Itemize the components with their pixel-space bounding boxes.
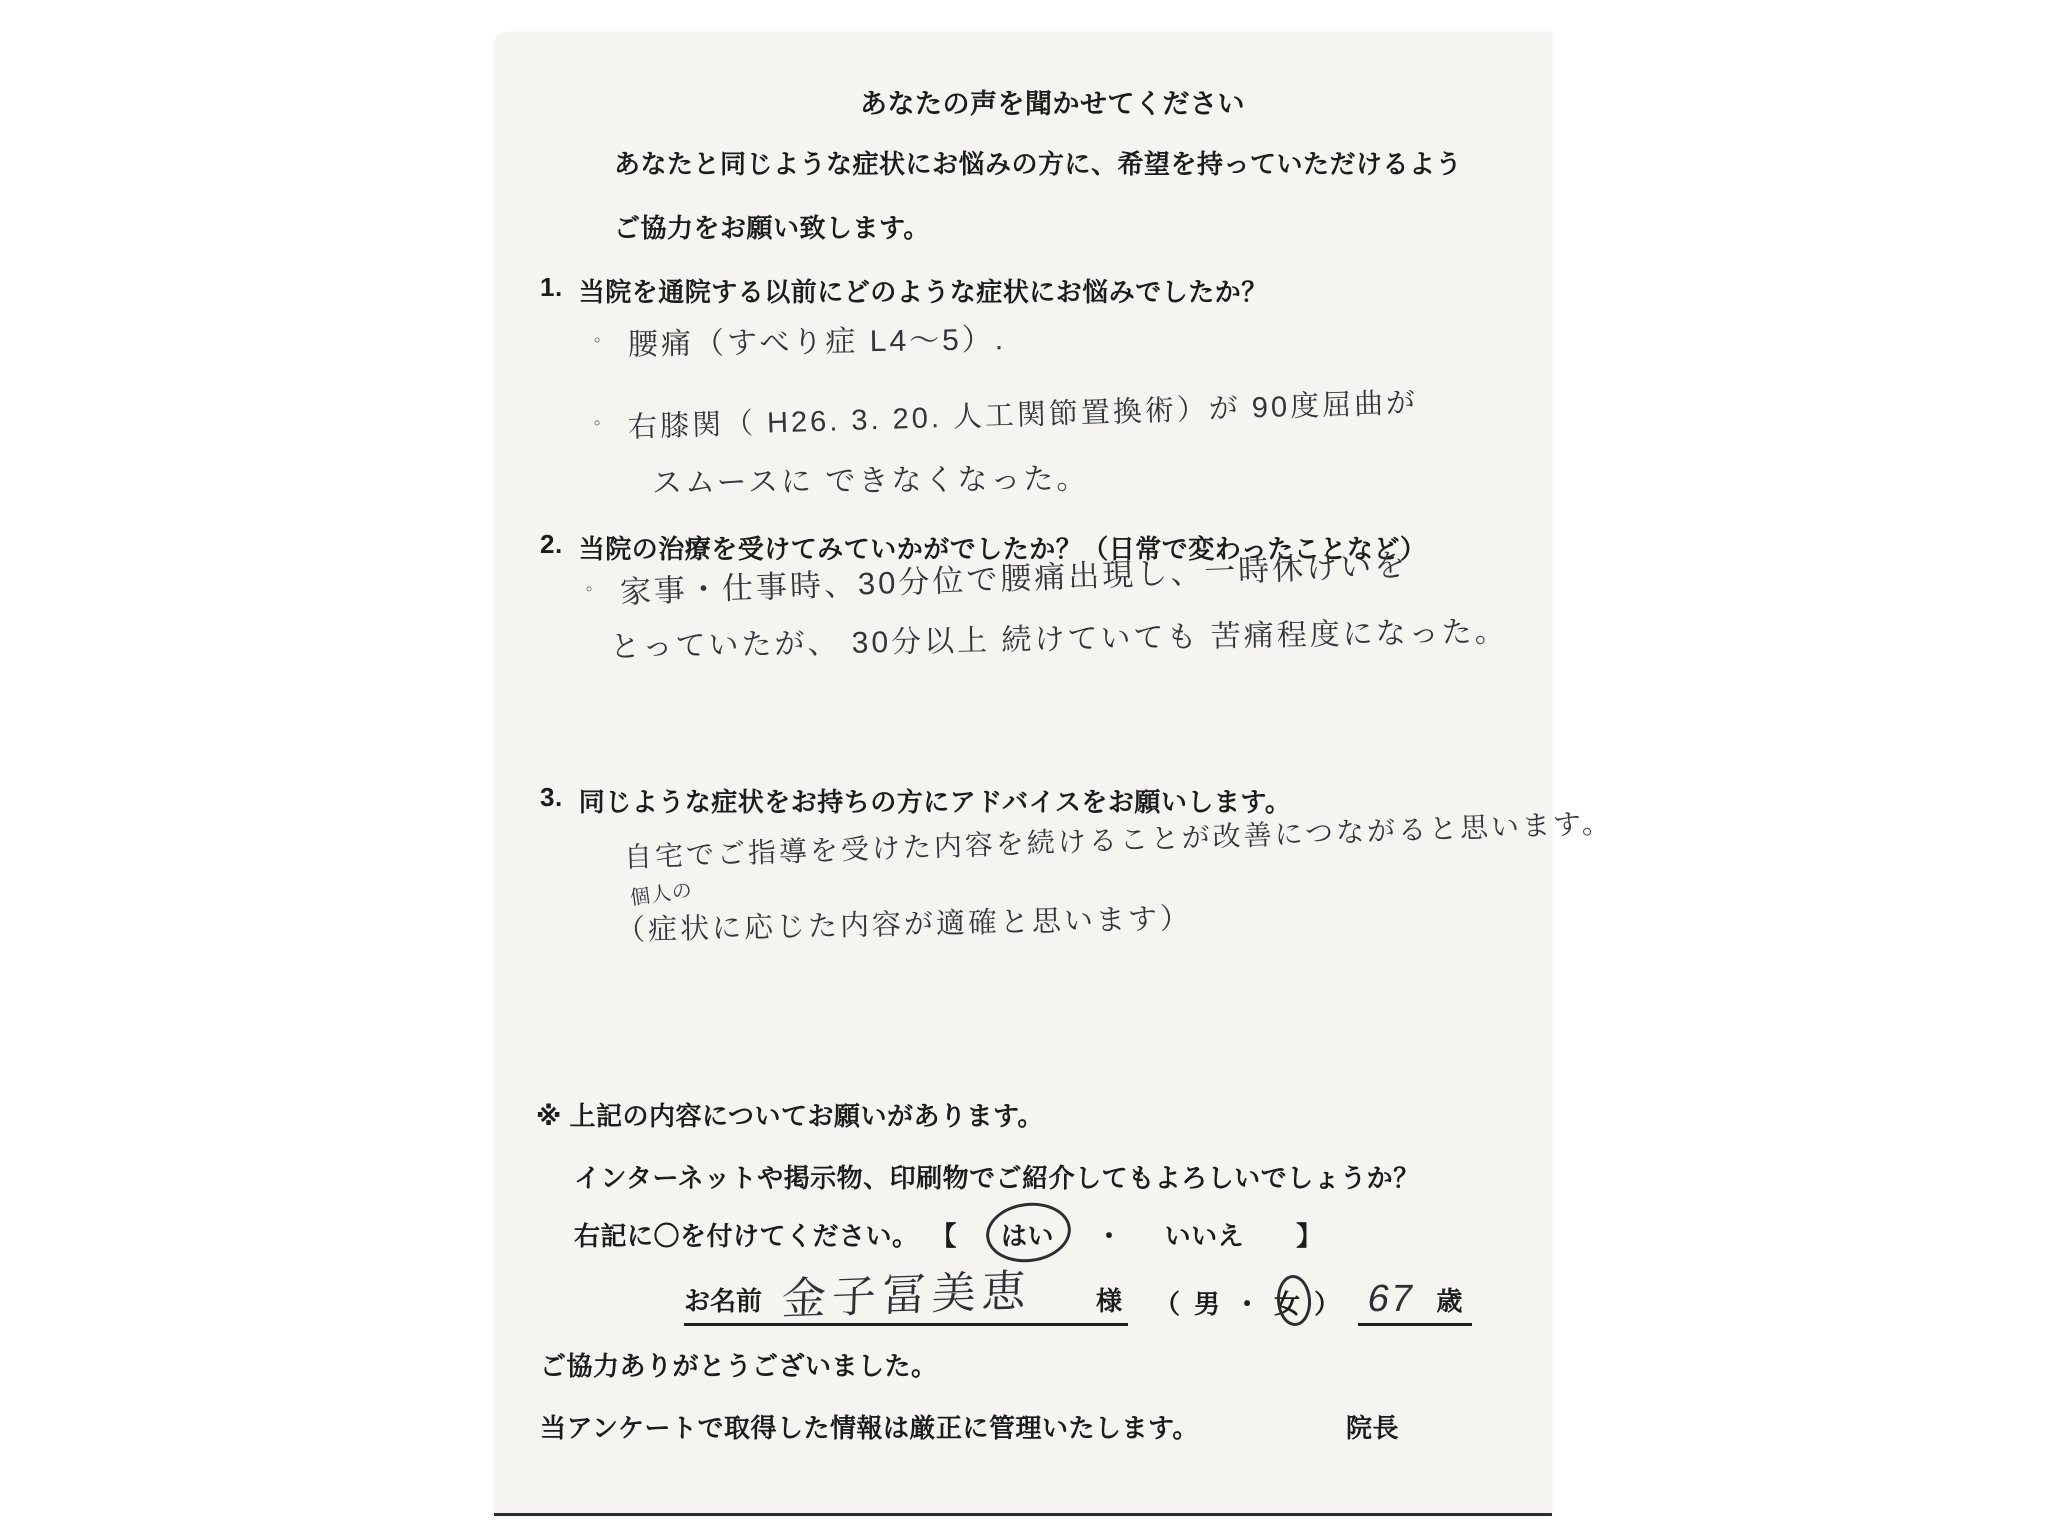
bracket-open: 【 [931, 1216, 958, 1253]
intro-line-1: あなたと同じような症状にお悩みの方に、希望を持っていただけるよう [614, 144, 1462, 181]
question-1-label: 当院を通院する以前にどのような症状にお悩みでしたか？ [579, 272, 1268, 309]
thanks-line: ご協力ありがとうございました。 [540, 1346, 938, 1383]
bullet-mark: 。 [594, 326, 614, 345]
gender-option-male: 男 [1194, 1284, 1220, 1321]
q1-answer-2-line-1: 。右膝関（ H26. 3. 20. 人工関節置換術）が 90度屈曲が [593, 378, 1418, 447]
paren-close: ） [1314, 1284, 1340, 1321]
consent-option-no: いいえ [1165, 1216, 1245, 1253]
q1-answer-1: 。腰痛（すべり症 L4～5）. [594, 314, 1007, 364]
consent-separator: ・ [1096, 1216, 1123, 1253]
gender-options: （ 男 ・ 女 ） [1154, 1284, 1340, 1326]
q2-answer-line-2: とっていたが、 30分以上 続けていても 苦痛程度になった。 [610, 606, 1508, 666]
q3-answer-line-2: （症状に応じた内容が適確と思います） [616, 896, 1193, 949]
question-2-number: 2. [540, 529, 563, 566]
age-field: 67 歳 [1358, 1278, 1472, 1326]
question-3-number: 3. [540, 782, 563, 819]
name-label: お名前 [684, 1281, 762, 1318]
honorific-label: 様 [1096, 1281, 1122, 1318]
scanned-survey-page: あなたの声を聞かせてください あなたと同じような症状にお悩みの方に、希望を持って… [0, 0, 2048, 1536]
question-1-number: 1. [540, 272, 563, 309]
paren-open: （ [1154, 1284, 1180, 1321]
consent-option-yes: はい [1001, 1216, 1054, 1253]
q3-inserted-note: 個人の [628, 873, 694, 910]
female-circle-annotation [1275, 1274, 1312, 1327]
question-3-label: 同じような症状をお持ちの方にアドバイスをお願いします。 [579, 782, 1292, 819]
director-signoff: 院長 [1346, 1408, 1399, 1445]
age-handwritten-value: 67 [1364, 1278, 1418, 1321]
q1-answer-2-line-2: スムースに できなくなった。 [652, 453, 1090, 502]
form-title: あなたの声を聞かせてください [860, 82, 1245, 121]
name-handwritten-value: 金子冨美恵 [781, 1253, 1083, 1328]
bracket-close: 】 [1296, 1216, 1323, 1253]
age-unit-label: 歳 [1436, 1281, 1462, 1318]
request-question: インターネットや掲示物、印刷物でご紹介してもよろしいでしょうか？ [574, 1158, 1420, 1195]
intro-line-2: ご協力をお願い致します。 [614, 208, 930, 245]
gender-option-female: 女 [1274, 1284, 1300, 1321]
question-1: 1. 当院を通院する以前にどのような症状にお悩みでしたか？ [540, 272, 1268, 309]
request-note: ※ 上記の内容についてお願いがあります。 [536, 1096, 1044, 1133]
paper-sheet: あなたの声を聞かせてください あなたと同じような症状にお悩みの方に、希望を持って… [494, 32, 1552, 1516]
question-3: 3. 同じような症状をお持ちの方にアドバイスをお願いします。 [540, 782, 1291, 819]
consent-row: 右記に〇を付けてください。 【 はい ・ いいえ 】 [574, 1216, 1323, 1253]
name-field: お名前 金子冨美恵 様 [684, 1258, 1128, 1326]
privacy-line: 当アンケートで取得した情報は厳正に管理いたします。 [540, 1408, 1199, 1445]
consent-instruction: 右記に〇を付けてください。 [574, 1216, 919, 1253]
bullet-mark: 。 [593, 408, 614, 428]
gender-separator: ・ [1234, 1284, 1260, 1321]
signature-row: お名前 金子冨美恵 様 （ 男 ・ 女 ） 67 歳 [684, 1258, 1472, 1326]
bullet-mark: 。 [585, 574, 606, 594]
